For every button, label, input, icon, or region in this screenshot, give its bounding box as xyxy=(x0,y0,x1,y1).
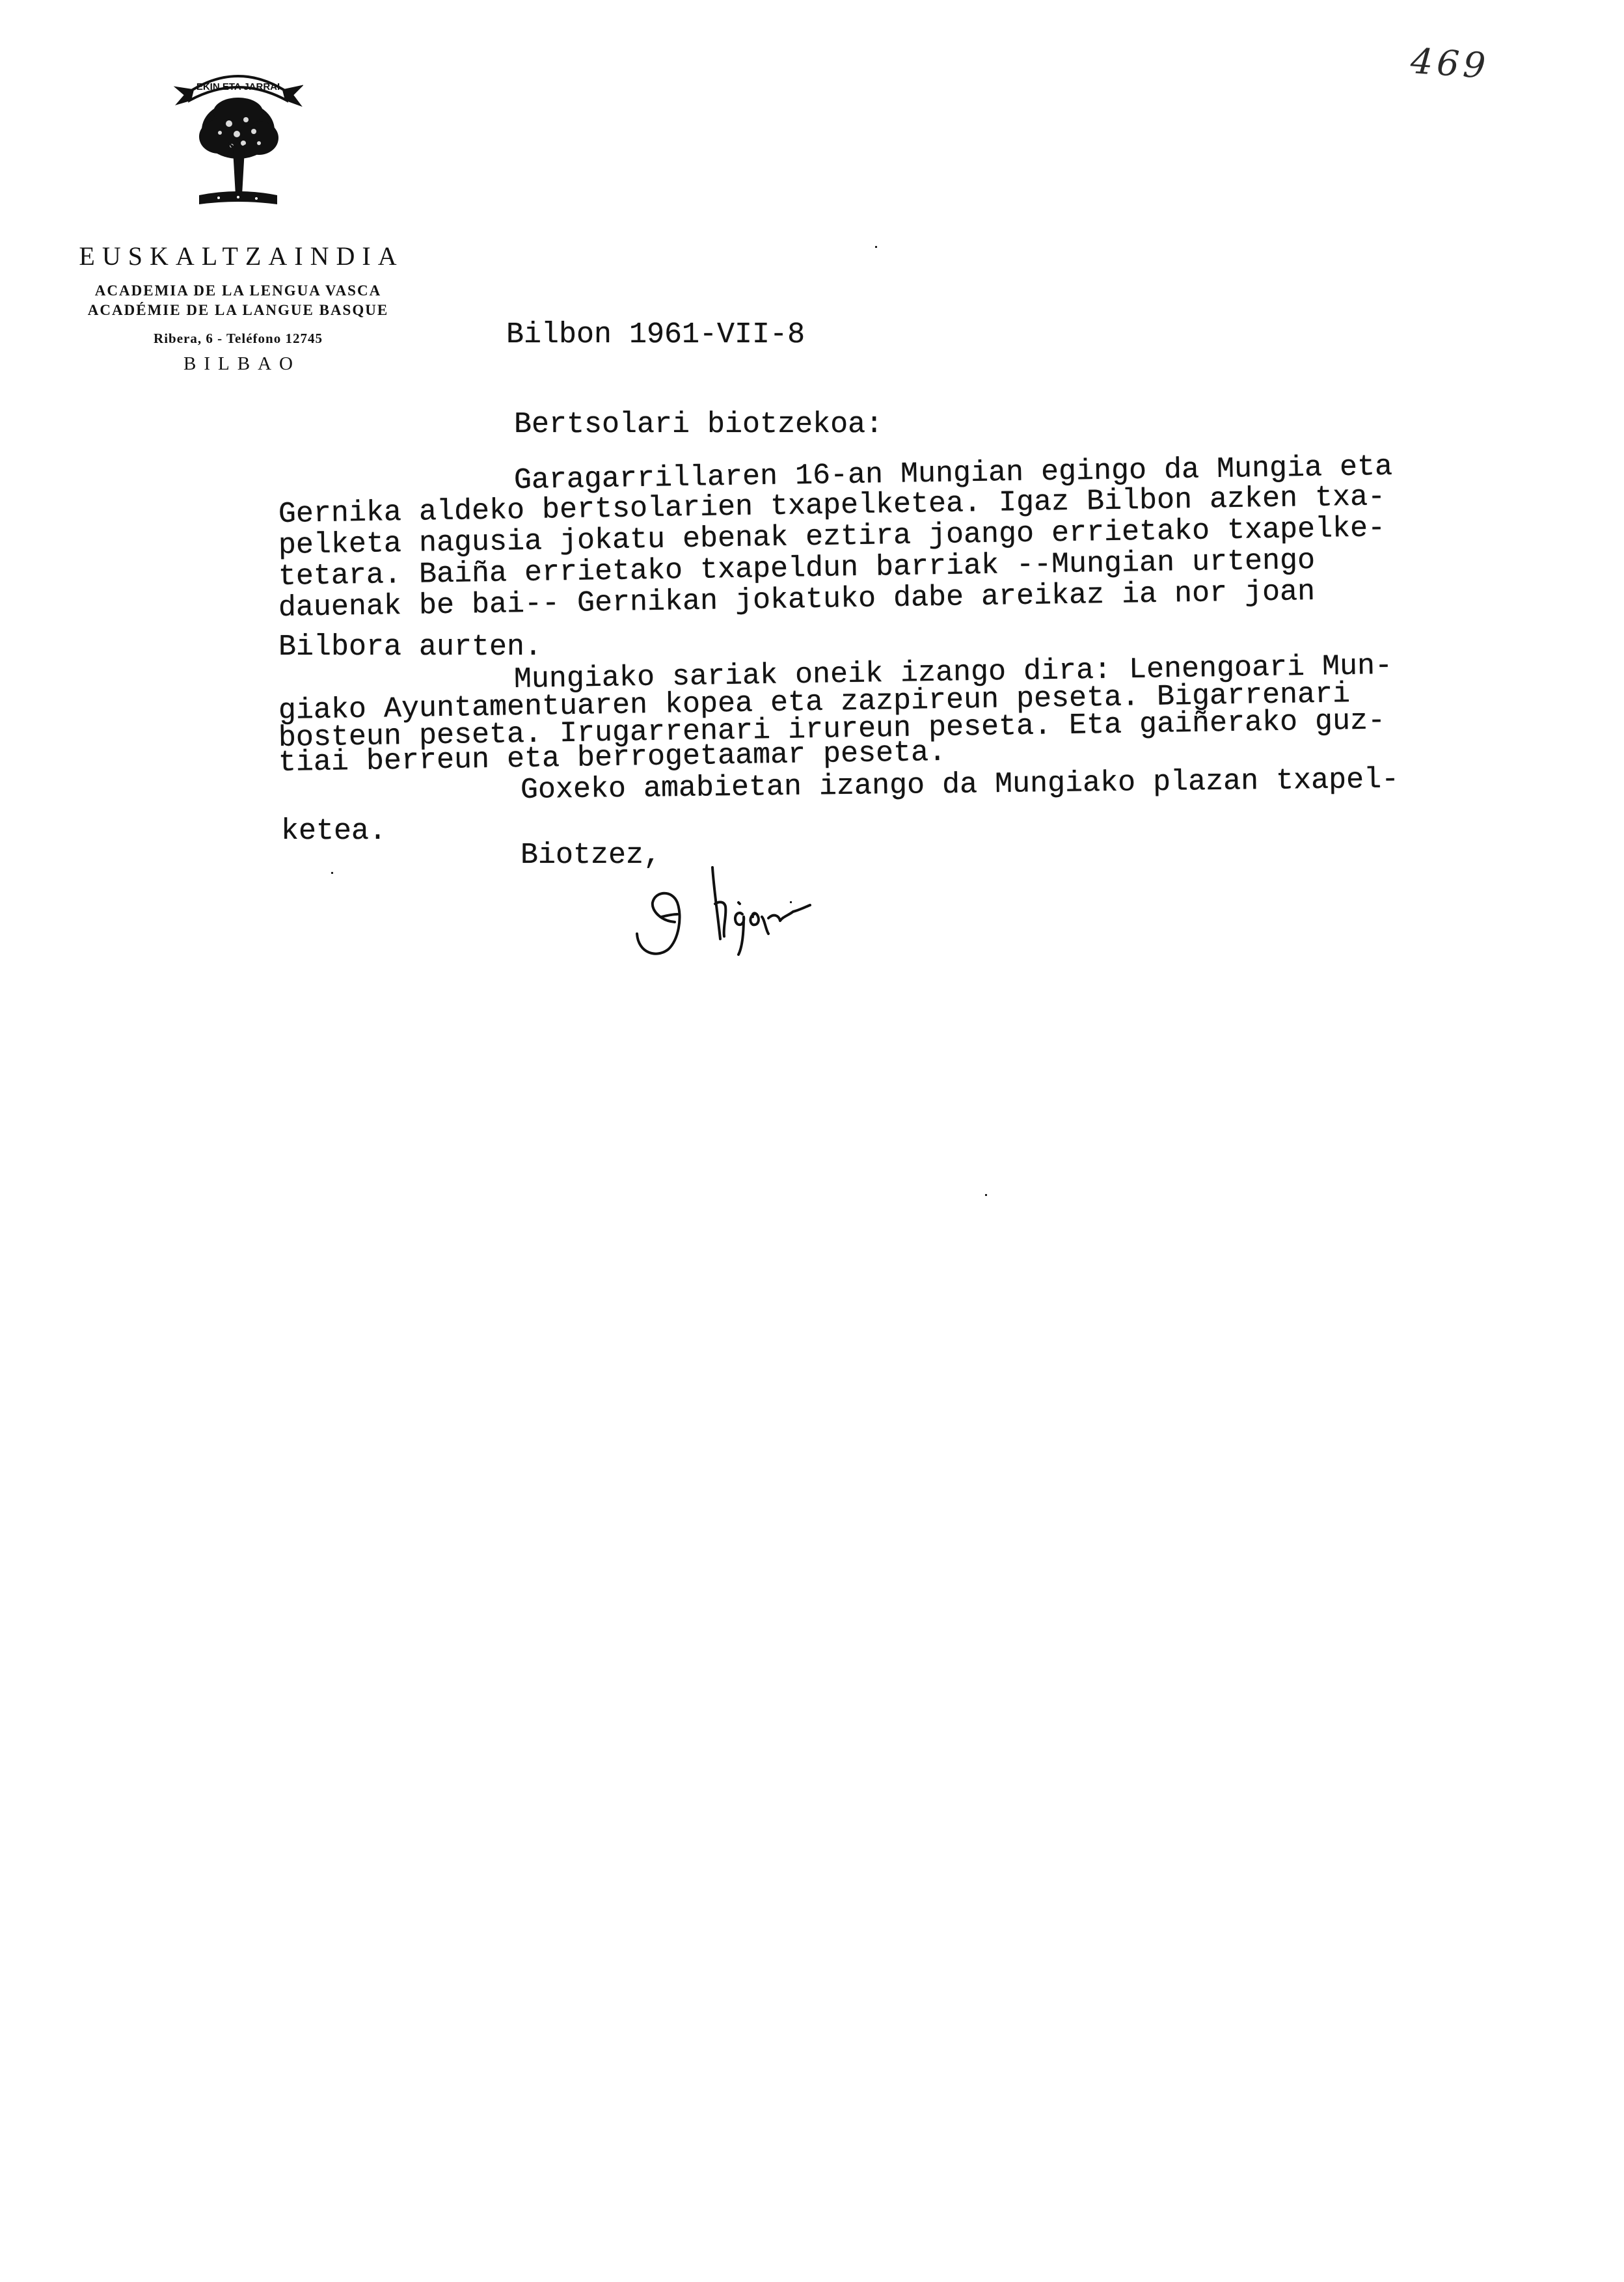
signature: Irigoyen xyxy=(615,862,836,973)
place-date: Bilbon 1961-VII-8 xyxy=(506,320,805,349)
letter-page: 469 EKIN ETA JARRAI xyxy=(0,0,1624,2282)
letterhead: EKIN ETA JARRAI EUSKALTZAINDIA ACADEMIA … xyxy=(62,65,414,375)
org-subtitle-es: ACADEMIA DE LA LENGUA VASCA xyxy=(62,281,414,301)
archive-page-number: 469 xyxy=(1409,40,1491,87)
body-line: ketea. xyxy=(281,817,386,846)
scan-speck xyxy=(875,246,877,248)
oak-tree-emblem-icon: EKIN ETA JARRAI xyxy=(173,65,303,215)
scan-speck xyxy=(985,1194,987,1196)
org-name: EUSKALTZAINDIA xyxy=(62,243,414,269)
emblem-motto: EKIN ETA JARRAI xyxy=(196,81,280,92)
scan-speck xyxy=(331,872,333,874)
org-address: Ribera, 6 - Teléfono 12745 xyxy=(62,331,414,347)
org-subtitle-fr: ACADÉMIE DE LA LANGUE BASQUE xyxy=(62,301,414,320)
scan-speck xyxy=(790,901,792,903)
body-line: Bilbora aurten. xyxy=(278,632,542,662)
org-city: BILBAO xyxy=(62,353,414,375)
salutation: Bertsolari biotzekoa: xyxy=(514,410,883,439)
